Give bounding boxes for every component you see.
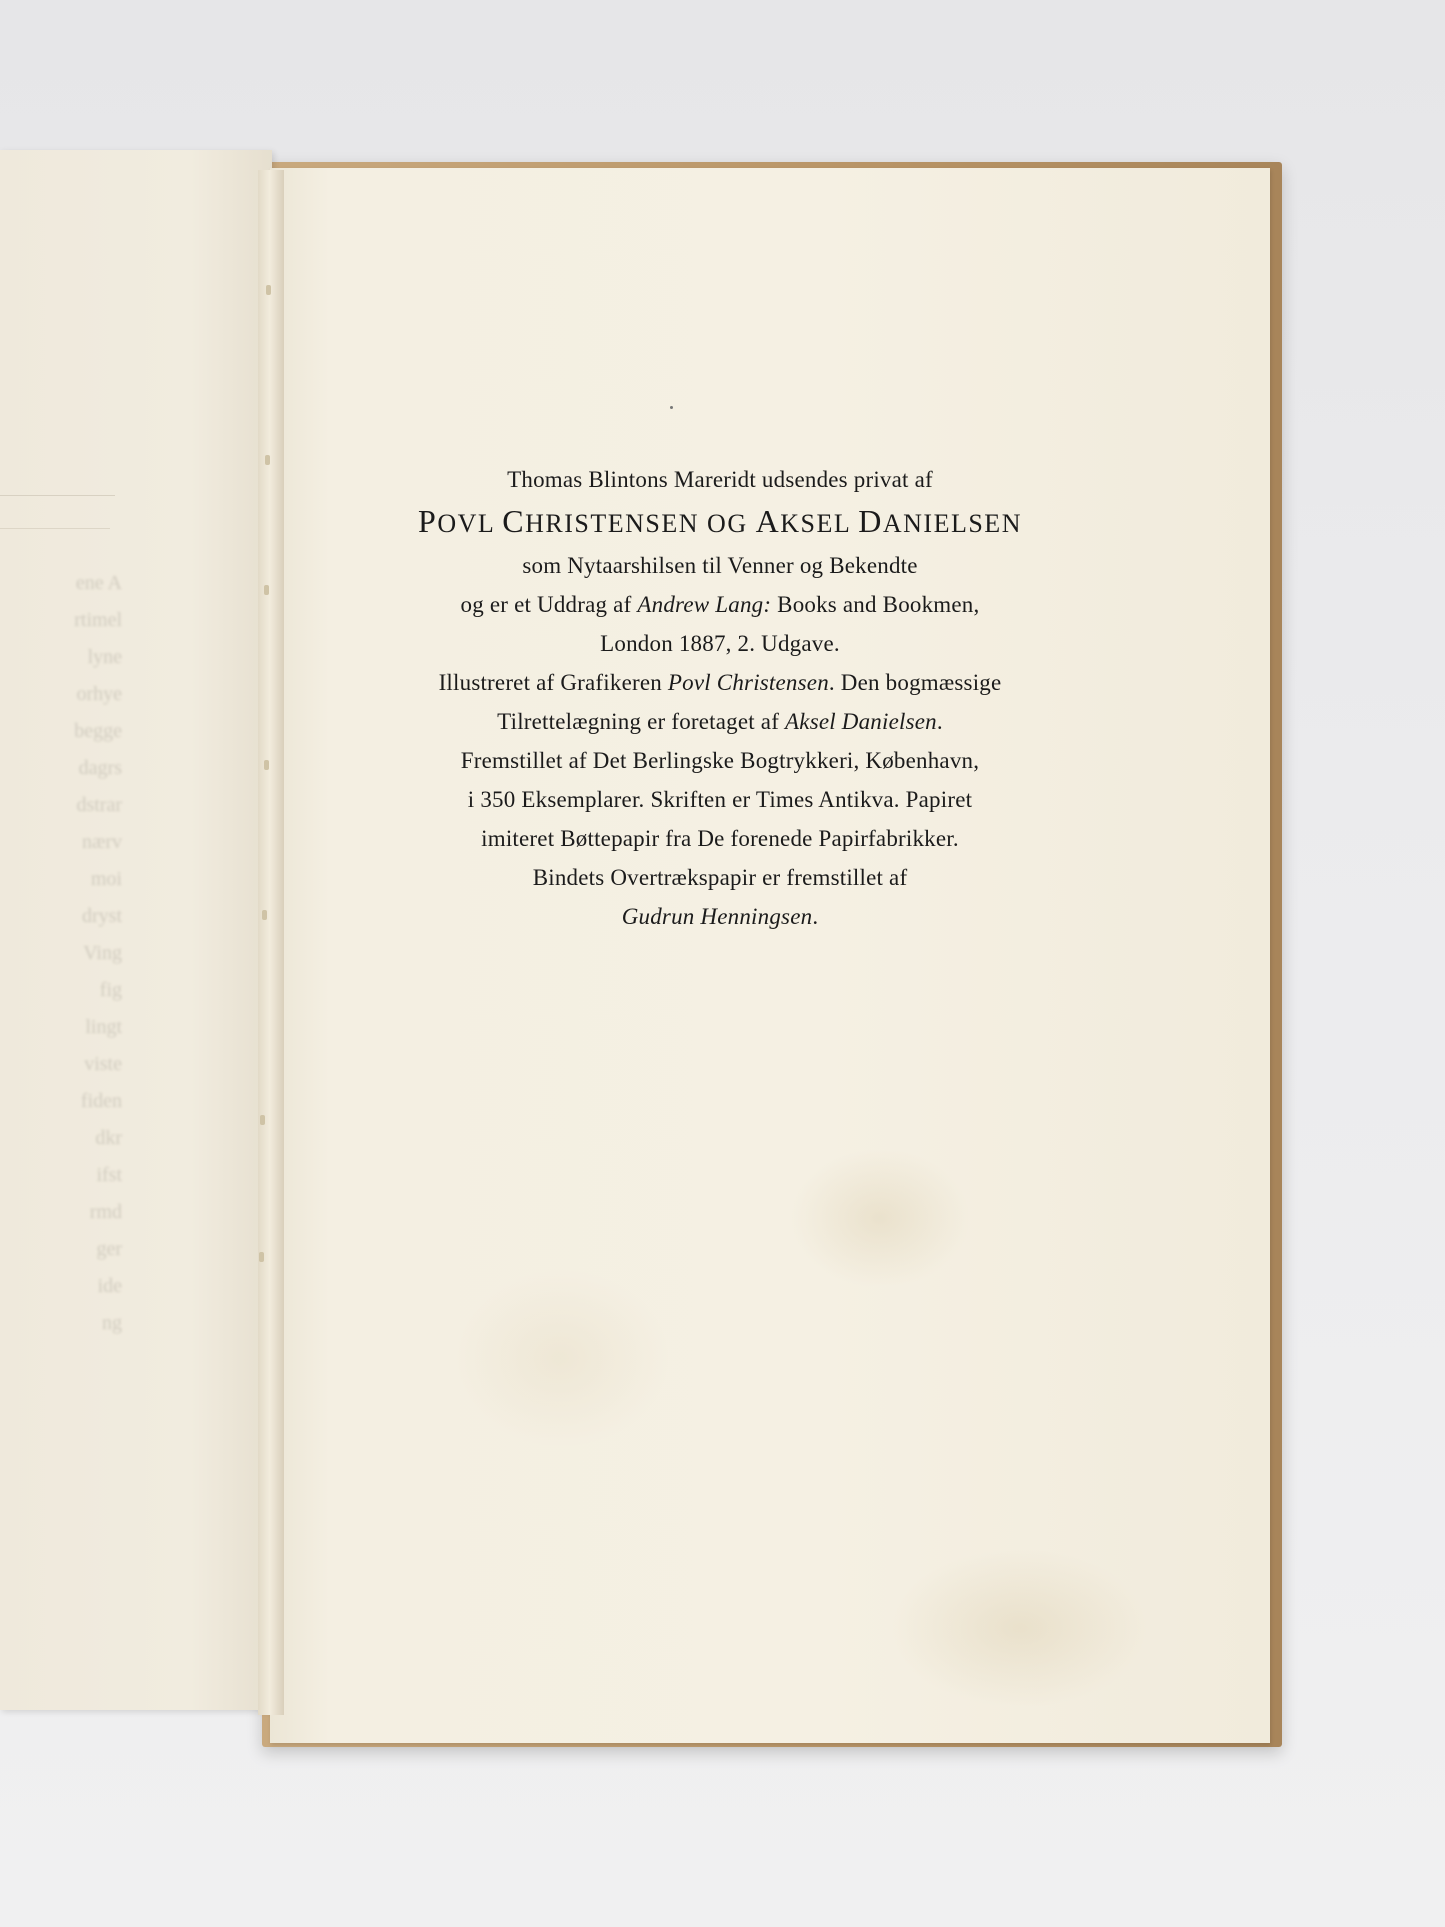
left-page: ene Artimellyneorhyebeggedagrsdstrarnærv…	[0, 150, 272, 1710]
initial: D	[858, 503, 883, 539]
paper-stain	[890, 1548, 1150, 1708]
binding-stitch	[260, 1115, 265, 1125]
initial: P	[418, 503, 437, 539]
show-through-line: dstrar	[22, 787, 122, 824]
name-part: KSEL	[780, 509, 850, 538]
name-part: ANIELSEN	[883, 509, 1022, 538]
binding-stitch	[264, 585, 269, 595]
italic-text: Povl Christensen	[668, 670, 829, 695]
name-part: HRISTENSEN	[525, 509, 699, 538]
colophon-line: Tilrettelægning er foretaget af Aksel Da…	[355, 702, 1085, 741]
show-through-line: viste	[22, 1046, 122, 1083]
left-page-rule	[0, 528, 110, 529]
colophon-text: Thomas Blintons Mareridt udsendes privat…	[355, 460, 1085, 936]
colophon-line: imiteret Bøttepapir fra De forenede Papi…	[355, 819, 1085, 858]
show-through-line: rmd	[22, 1194, 122, 1231]
text: Books and Bookmen,	[771, 592, 979, 617]
colophon-line: Bindets Overtrækspapir er fremstillet af	[355, 858, 1085, 897]
binding-stitch	[264, 760, 269, 770]
show-through-line: fig	[22, 972, 122, 1009]
show-through-line: lyne	[22, 639, 122, 676]
colophon-line: Illustreret af Grafikeren Povl Christens…	[355, 663, 1085, 702]
colophon-line: Thomas Blintons Mareridt udsendes privat…	[355, 460, 1085, 499]
text: . Den bogmæssige	[829, 670, 1002, 695]
show-through-line: orhye	[22, 676, 122, 713]
italic-text: Gudrun Henningsen	[622, 904, 813, 929]
show-through-line: dryst	[22, 898, 122, 935]
authors-smallcaps: POVL CHRISTENSEN OG AKSEL DANIELSEN	[355, 499, 1085, 546]
show-through-line: moi	[22, 861, 122, 898]
right-page	[270, 168, 1270, 1743]
colophon-line: og er et Uddrag af Andrew Lang: Books an…	[355, 585, 1085, 624]
binding-stitch	[266, 285, 271, 295]
book-gutter	[258, 170, 284, 1715]
show-through-text: ene Artimellyneorhyebeggedagrsdstrarnærv…	[22, 565, 122, 1342]
name-part: OVL	[437, 509, 494, 538]
show-through-line: ide	[22, 1268, 122, 1305]
show-through-line: rtimel	[22, 602, 122, 639]
binding-stitch	[259, 1252, 264, 1262]
show-through-line: fiden	[22, 1083, 122, 1120]
text: Illustreret af Grafikeren	[439, 670, 668, 695]
text: Tilrettelægning er foretaget af	[497, 709, 785, 734]
show-through-line: ene A	[22, 565, 122, 602]
show-through-line: dkr	[22, 1120, 122, 1157]
binding-stitch	[265, 455, 270, 465]
text: .	[812, 904, 818, 929]
show-through-line: Ving	[22, 935, 122, 972]
paper-stain	[450, 1268, 670, 1448]
colophon-line: i 350 Eksemplarer. Skriften er Times Ant…	[355, 780, 1085, 819]
initial: A	[756, 503, 781, 539]
show-through-line: ng	[22, 1305, 122, 1342]
initial: C	[502, 503, 525, 539]
left-page-rule	[0, 495, 115, 496]
show-through-line: lingt	[22, 1009, 122, 1046]
colophon-line: Fremstillet af Det Berlingske Bogtrykker…	[355, 741, 1085, 780]
show-through-line: nærv	[22, 824, 122, 861]
conjunction: OG	[707, 509, 748, 538]
italic-text: Andrew Lang:	[637, 592, 771, 617]
paper-speck	[670, 406, 673, 409]
show-through-line: dagrs	[22, 750, 122, 787]
show-through-line: ger	[22, 1231, 122, 1268]
text: og er et Uddrag af	[461, 592, 638, 617]
colophon-line: som Nytaarshilsen til Venner og Bekendte	[355, 546, 1085, 585]
colophon-line: London 1887, 2. Udgave.	[355, 624, 1085, 663]
text: .	[937, 709, 943, 734]
italic-text: Aksel Danielsen	[785, 709, 937, 734]
colophon-line: Gudrun Henningsen.	[355, 897, 1085, 936]
show-through-line: ifst	[22, 1157, 122, 1194]
paper-stain	[790, 1148, 970, 1288]
binding-stitch	[262, 910, 267, 920]
show-through-line: begge	[22, 713, 122, 750]
